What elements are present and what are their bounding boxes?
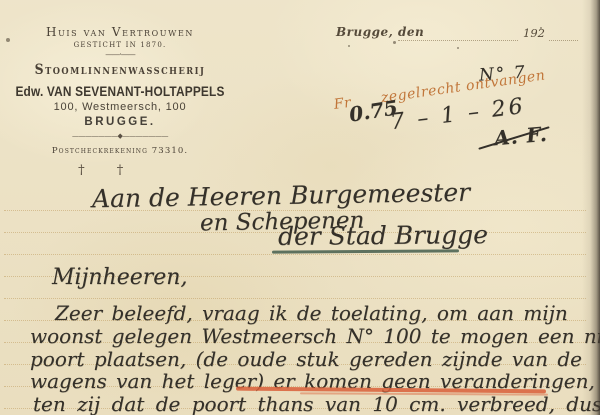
- recipient-line: Aan de Heeren Burgemeester: [92, 178, 471, 214]
- owner-name: Edw. VAN SEVENANT-HOLTAPPELS: [15, 84, 224, 99]
- postal-account: Postcheckrekening 73310.: [52, 146, 188, 156]
- body-line: woonst gelegen Westmeersch N° 100 te mog…: [30, 324, 600, 348]
- dateline-dotted-rule: [549, 26, 578, 41]
- body-line: Zeer beleefd, vraag ik de toelating, om …: [55, 301, 568, 325]
- recipient-line: der Stad Brugge: [278, 220, 488, 251]
- company-house-name: Huis van Vertrouwen: [46, 25, 194, 39]
- street-address: 100, Westmeersch, 100: [54, 101, 187, 113]
- salutation: Mijnheeren,: [52, 265, 187, 290]
- green-underline: [272, 249, 459, 253]
- dateline-year: 192: [523, 26, 545, 40]
- ornament-divider: ———————◆———————: [72, 132, 168, 140]
- founded-line: GESTICHT IN 1870.: [74, 41, 167, 49]
- letterhead: Huis van Vertrouwen GESTICHT IN 1870. ——…: [18, 0, 222, 195]
- scanned-letter: { "colors": { "paper": "#ece2c6", "print…: [0, 0, 600, 415]
- cross-ornament-icon: † †: [78, 163, 137, 178]
- city-name: BRUGGE.: [84, 116, 155, 128]
- business-type: Stoomlinnenwasscherij: [35, 62, 206, 78]
- body-line: poort plaatsen, (de oude stuk gereden zi…: [30, 347, 582, 371]
- dateline-dotted-rule: [398, 26, 518, 41]
- scan-edge-shadow: [582, 0, 600, 415]
- small-divider: ——·——: [105, 50, 135, 59]
